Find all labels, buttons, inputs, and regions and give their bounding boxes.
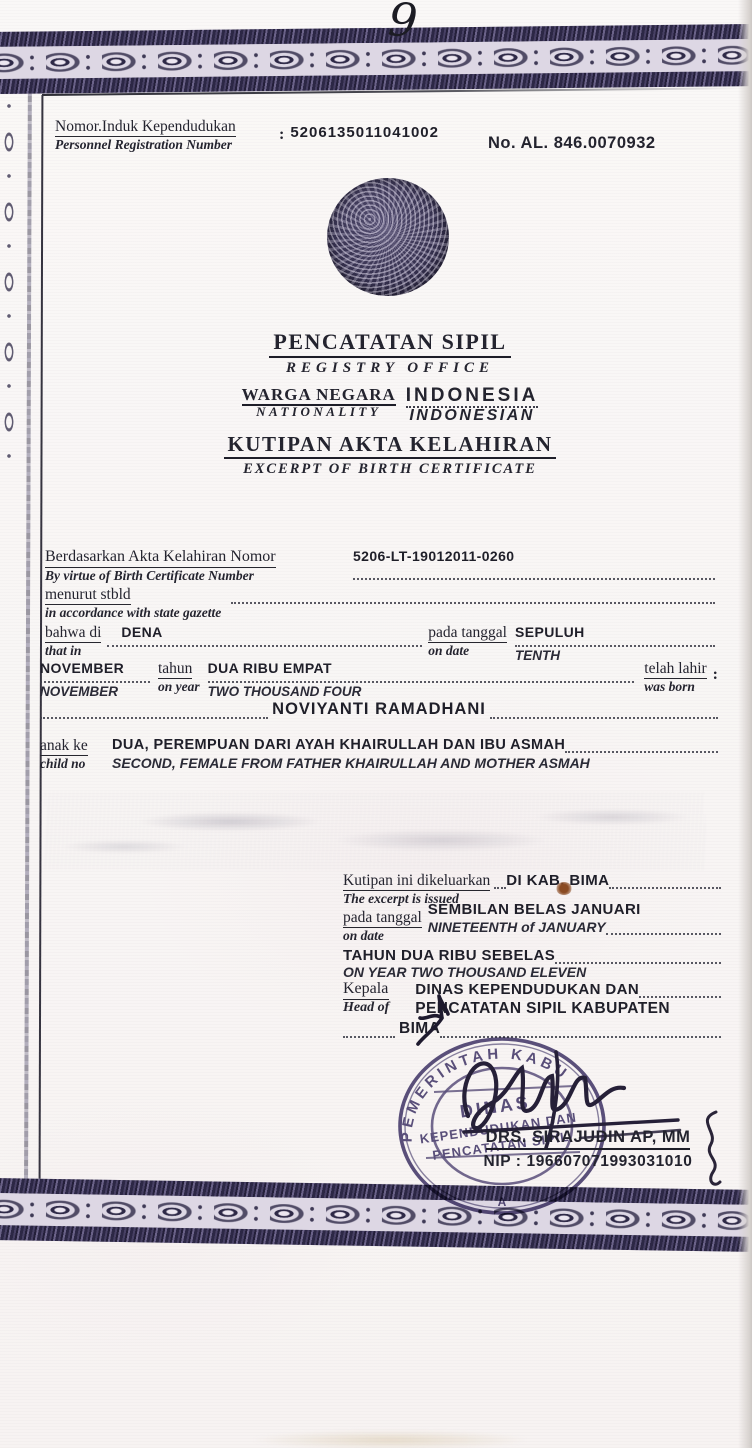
dotted-line xyxy=(40,703,268,719)
issued-date-value-en: NINETEENTH of JANUARY xyxy=(428,919,606,935)
born-label-id: telah lahir xyxy=(644,660,706,679)
place-label-en: that in xyxy=(45,643,101,659)
registry-office-title-id: PENCATATAN SIPIL xyxy=(269,330,510,358)
child-no-value-en: SECOND, FEMALE FROM FATHER KHAIRULLAH AN… xyxy=(112,755,718,771)
gazette-row: menurut stbld in accordance with state g… xyxy=(45,586,715,621)
issued-year-row: TAHUN DUA RIBU SEBELAS ON YEAR TWO THOUS… xyxy=(343,947,721,980)
birth-place-date-row: bahwa di that in DENA pada tanggal on da… xyxy=(45,624,715,665)
month-value-id: NOVEMBER xyxy=(40,660,124,676)
dotted-line xyxy=(555,950,721,964)
nationality-label-id: WARGA NEGARA xyxy=(242,385,396,406)
nationality-value-id: INDONESIA xyxy=(406,385,539,408)
dotted-line xyxy=(107,642,422,647)
issuance-block: Kutipan ini dikeluarkan The excerpt is i… xyxy=(343,872,721,1038)
issued-year-value-en: ON YEAR TWO THOUSAND ELEVEN xyxy=(343,964,721,980)
page-fold-line xyxy=(24,58,32,1186)
certificate-number-label-id: Berdasarkan Akta Kelahiran Nomor xyxy=(45,548,276,568)
bottom-stain xyxy=(180,1416,600,1448)
registry-office-title-en: REGISTRY OFFICE xyxy=(120,360,660,377)
left-edge-ornament xyxy=(0,54,18,464)
dotted-line xyxy=(490,703,718,719)
certificate-number-label-en: By virtue of Birth Certificate Number xyxy=(45,568,345,584)
birth-certificate-scan: 9 Nomor.Induk Kependudukan Personnel Reg… xyxy=(0,0,752,1448)
birth-month-year-row: NOVEMBER NOVEMBER tahun on year DUA RIBU… xyxy=(40,660,718,701)
scan-smudge-area xyxy=(45,792,705,870)
nationality-label-en: NATIONALITY xyxy=(242,405,396,420)
dotted-line xyxy=(231,586,715,604)
dotted-line xyxy=(565,741,718,753)
issued-date-label-id: pada tanggal xyxy=(343,909,422,928)
handwritten-page-number: 9 xyxy=(386,0,450,54)
signing-official-block: DRS. SIRAJUDIN AP, MM NIP : 196607071993… xyxy=(448,1128,728,1171)
born-label-en: was born xyxy=(644,679,706,695)
dotted-line xyxy=(515,642,715,647)
dotted-line xyxy=(639,984,721,998)
nationality-value-en: INDONESIAN xyxy=(406,407,539,425)
child-number-row: anak ke child no DUA, PEREMPUAN DARI AYA… xyxy=(40,737,718,772)
dotted-line xyxy=(609,873,721,889)
colon: : xyxy=(713,666,718,684)
year-label-en: on year xyxy=(158,679,200,695)
document-number: No. AL. 846.0070932 xyxy=(488,134,656,153)
date-label-en: on date xyxy=(428,643,507,659)
child-name-row: NOVIYANTI RAMADHANI xyxy=(40,700,718,719)
date-value-id: SEPULUH xyxy=(515,624,585,640)
registration-number-value: 5206135011041002 xyxy=(290,124,439,141)
head-label-en: Head of xyxy=(343,999,389,1016)
issued-date-value-id: SEMBILAN BELAS JANUARI xyxy=(428,901,641,918)
registration-number-row: Nomor.Induk Kependudukan Personnel Regis… xyxy=(55,118,475,153)
issued-date-row: pada tanggal on date SEMBILAN BELAS JANU… xyxy=(343,909,721,944)
registration-number-label: Nomor.Induk Kependudukan Personnel Regis… xyxy=(55,118,277,153)
office-line2: PENCATATAN SIPIL KABUPATEN xyxy=(415,1000,721,1018)
date-label-id: pada tanggal xyxy=(428,624,507,643)
year-value-id: DUA RIBU EMPAT xyxy=(208,660,332,676)
year-label-id: tahun xyxy=(158,660,192,679)
issued-year-value-id: TAHUN DUA RIBU SEBELAS xyxy=(343,947,555,964)
ink-blot xyxy=(556,882,572,895)
nationality-row: WARGA NEGARA NATIONALITY INDONESIA INDON… xyxy=(120,385,660,424)
gazette-label-id: menurut stbld xyxy=(45,586,131,605)
dotted-line xyxy=(353,566,715,580)
certificate-number-value: 5206-LT-19012011-0260 xyxy=(353,548,514,564)
official-name: DRS. SIRAJUDIN AP, MM xyxy=(486,1128,691,1150)
national-emblem-seal xyxy=(327,178,449,296)
certificate-number-row: Berdasarkan Akta Kelahiran Nomor By virt… xyxy=(45,548,715,583)
child-no-label-en: child no xyxy=(40,756,104,772)
excerpt-title-id: KUTIPAN AKTA KELAHIRAN xyxy=(224,433,555,460)
bottom-ornament-border xyxy=(0,1178,752,1252)
official-nip: NIP : 196607071993031010 xyxy=(448,1153,728,1171)
excerpt-title-en: EXCERPT OF BIRTH CERTIFICATE xyxy=(120,461,660,477)
year-value-en: TWO THOUSAND FOUR xyxy=(208,684,362,699)
child-name: NOVIYANTI RAMADHANI xyxy=(268,700,490,719)
top-ornament-border xyxy=(0,24,752,94)
dotted-line xyxy=(343,1024,395,1038)
dotted-line xyxy=(606,921,721,935)
issued-label-id: Kutipan ini dikeluarkan xyxy=(343,872,490,891)
place-value: DENA xyxy=(121,624,162,640)
head-label-id: Kepala xyxy=(343,981,389,998)
inner-frame-left xyxy=(39,95,44,1187)
dotted-line xyxy=(208,678,635,683)
head-of-office-row: Kepala Head of DINAS KEPENDUDUKAN DAN PE… xyxy=(343,981,721,1018)
stamp-ring-bottom: A xyxy=(498,1195,507,1209)
colon: : xyxy=(279,126,284,144)
issued-date-label-en: on date xyxy=(343,928,422,944)
dotted-line xyxy=(40,678,150,683)
title-block: PENCATATAN SIPIL REGISTRY OFFICE WARGA N… xyxy=(120,330,660,477)
page-right-edge-shadow xyxy=(738,0,752,1448)
child-no-label-id: anak ke xyxy=(40,737,88,756)
child-no-value-id: DUA, PEREMPUAN DARI AYAH KHAIRULLAH DAN … xyxy=(112,737,565,753)
gazette-label-en: in accordance with state gazette xyxy=(45,605,225,621)
month-value-en: NOVEMBER xyxy=(40,684,118,699)
place-label-id: bahwa di xyxy=(45,624,101,643)
